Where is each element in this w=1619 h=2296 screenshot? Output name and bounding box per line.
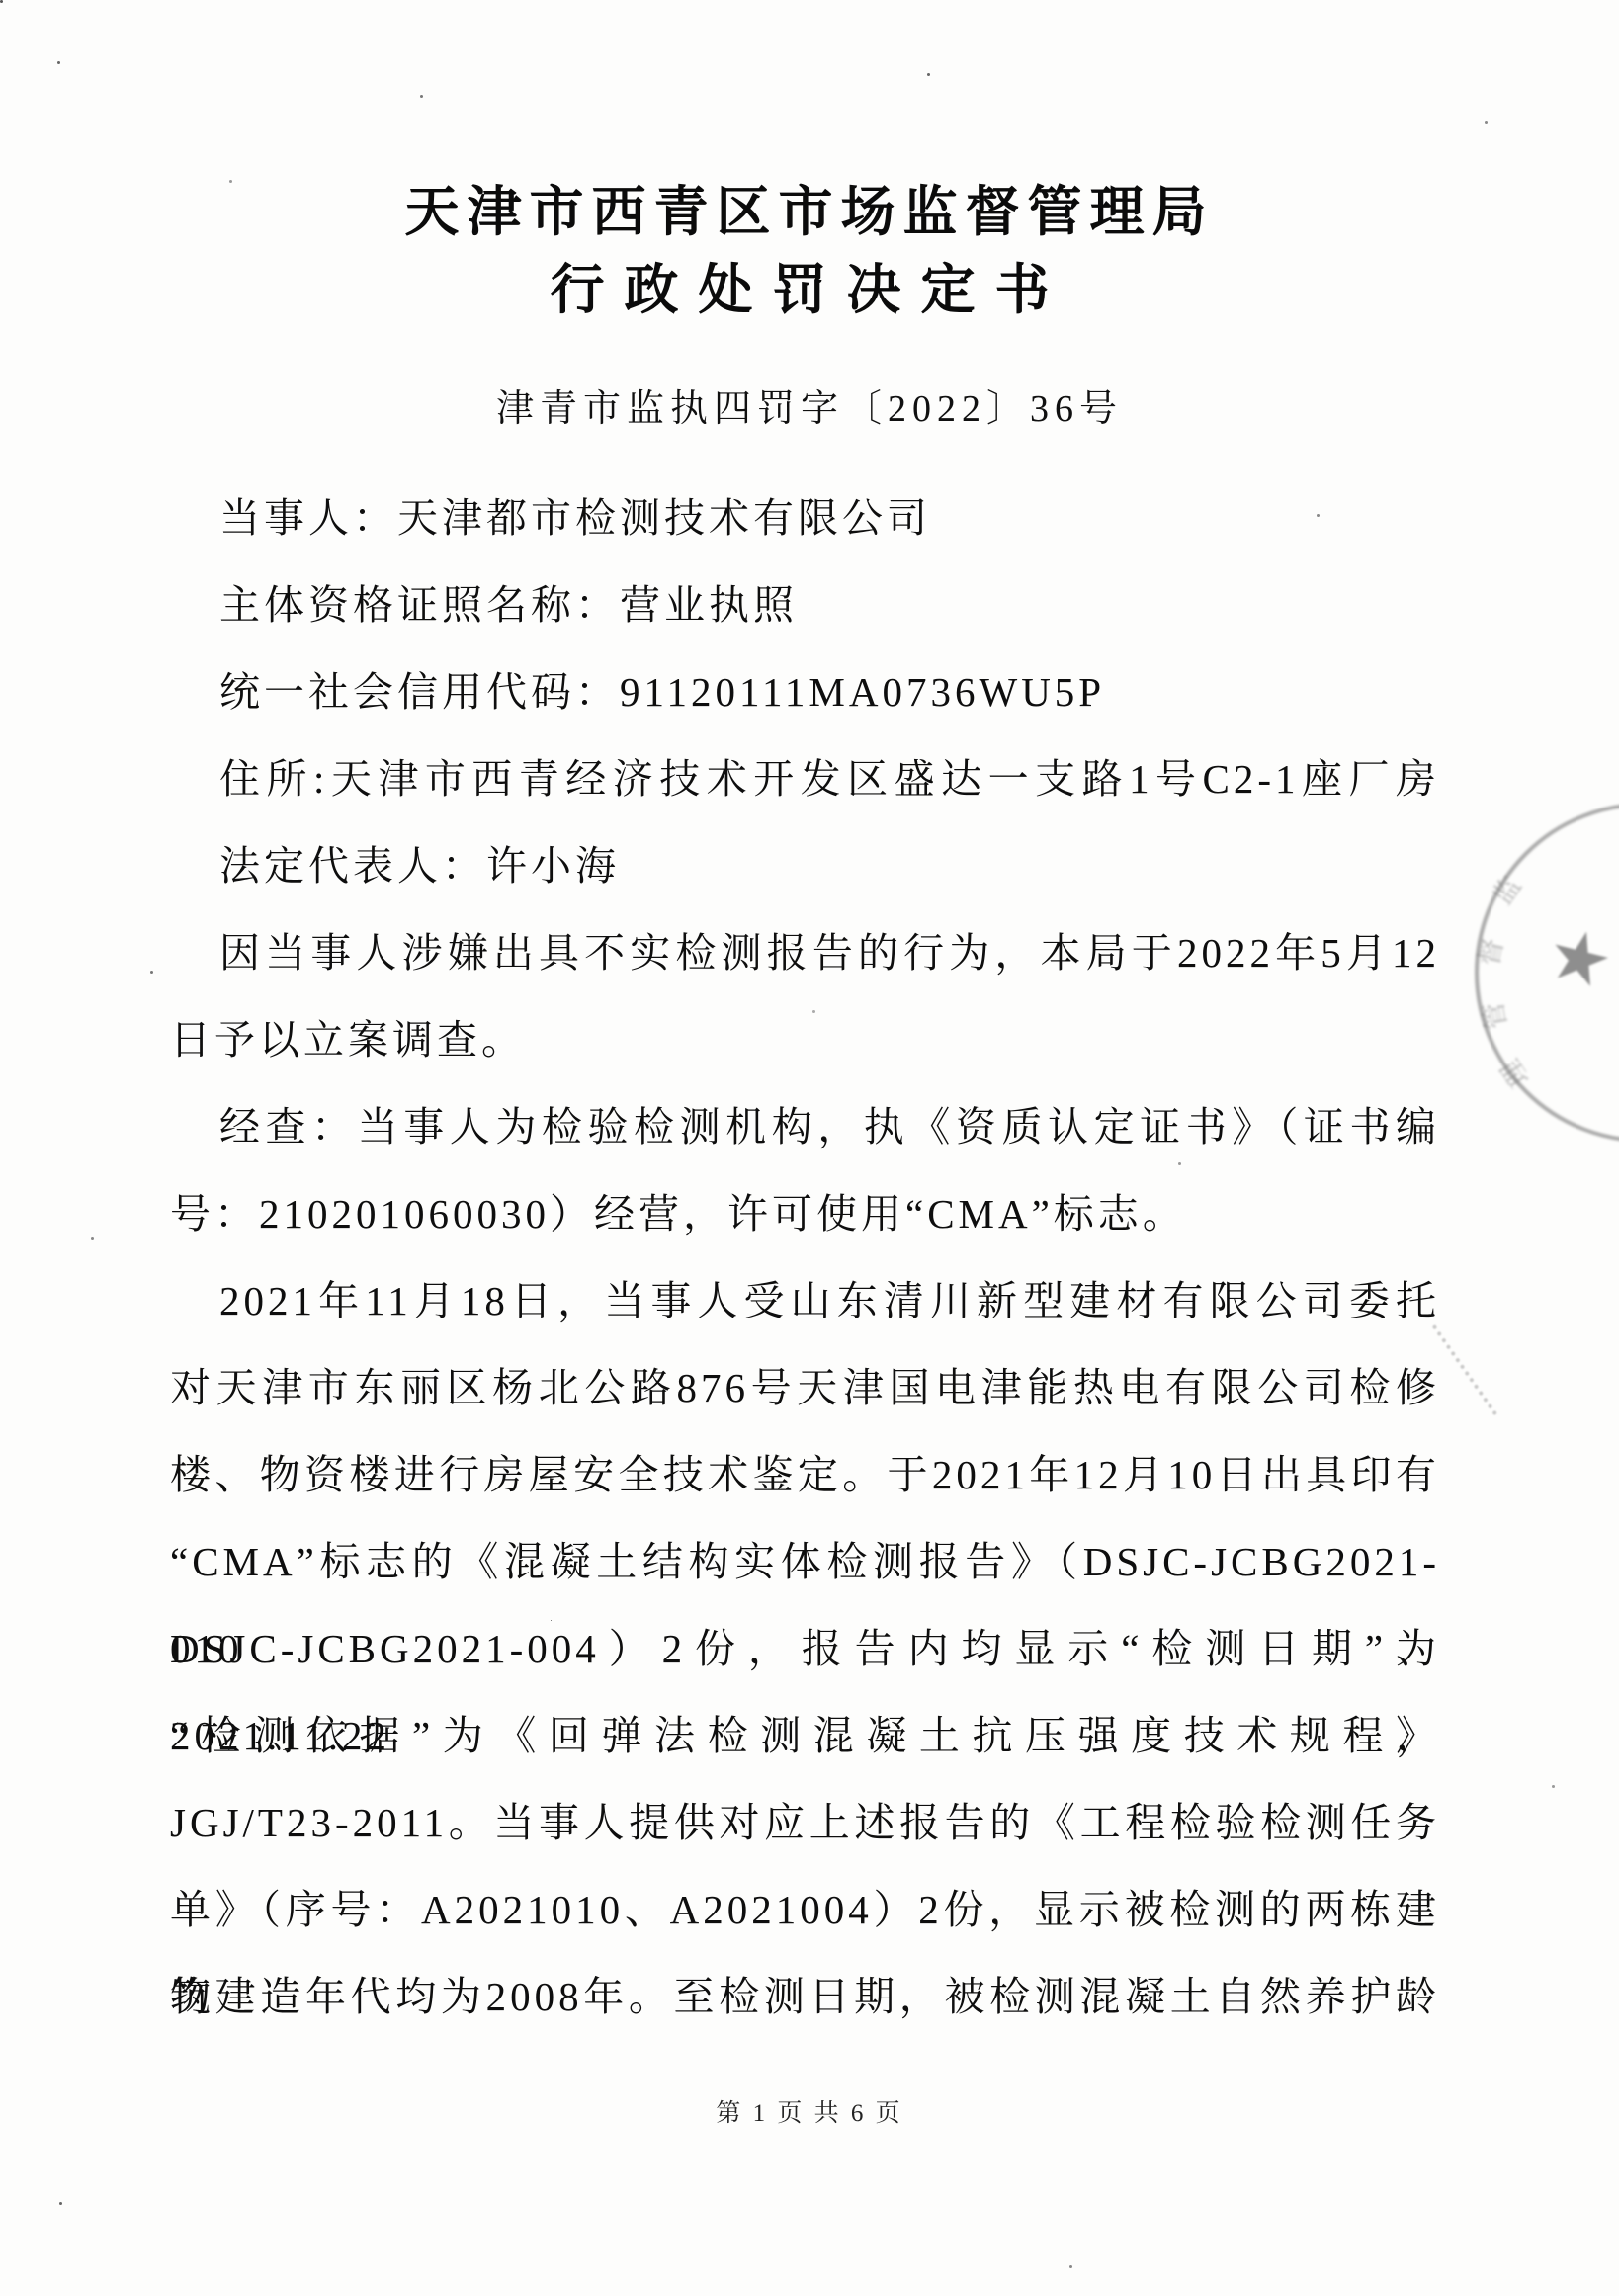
body-line: “检测依据”为《回弹法检测混凝土抗压强度技术规程》 [170,1692,1440,1779]
body-line-address: 住所:天津市西青经济技术开发区盛达一支路1号C2-1座厂房 [170,735,1440,822]
scanned-document-page: 天津市西青区市场监督管理局 行政处罚决定书 津青市监执四罚字〔2022〕36号 … [0,0,1619,2296]
document-number: 津青市监执四罚字〔2022〕36号 [0,378,1619,432]
body-line: DSJC-JCBG2021-004）2份，报告内均显示“检测日期”为2021.1… [170,1605,1440,1692]
body-line-license-name: 主体资格证照名称：营业执照 [170,561,1440,648]
body-line: 单》（序号：A2021010、A2021004）2份，显示被检测的两栋建筑 [170,1866,1440,1953]
seal-text-fragment: 管 [1481,1000,1511,1031]
document-title-line2: 行政处罚决定书 [0,246,1619,324]
seal-text-fragment: 督 [1476,936,1507,968]
body-line: 2021年11月18日，当事人受山东清川新型建材有限公司委托 [170,1257,1440,1344]
body-line: 经查：当事人为检验检测机构，执《资质认定证书》（证书编 [170,1083,1440,1170]
page-number-footer: 第 1 页 共 6 页 [0,2093,1619,2129]
body-line: 因当事人涉嫌出具不实检测报告的行为，本局于2022年5月12 [170,909,1440,996]
body-line: JGJ/T23-2011。当事人提供对应上述报告的《工程检验检测任务 [170,1779,1440,1866]
body-line: 日予以立案调查。 [170,996,1440,1083]
body-line: “CMA”标志的《混凝土结构实体检测报告》（DSJC-JCBG2021-010、 [170,1518,1440,1605]
body-line: 号：210201060030）经营，许可使用“CMA”标志。 [170,1170,1440,1257]
body-line: 楼、物资楼进行房屋安全技术鉴定。于2021年12月10日出具印有 [170,1431,1440,1518]
body-line-party: 当事人：天津都市检测技术有限公司 [170,474,1440,561]
document-body: 当事人：天津都市检测技术有限公司 主体资格证照名称：营业执照 统一社会信用代码：… [170,474,1440,2040]
seal-edge-marks [1432,1324,1497,1415]
document-title-line1: 天津市西青区市场监督管理局 [0,168,1619,246]
body-line-legal-rep: 法定代表人：许小海 [170,822,1440,909]
scan-noise [0,0,3,3]
body-line: 物建造年代均为2008年。至检测日期，被检测混凝土自然养护龄 [170,1953,1440,2040]
body-line-credit-code: 统一社会信用代码：91120111MA0736WU5P [170,648,1440,735]
body-line: 对天津市东丽区杨北公路876号天津国电津能热电有限公司检修 [170,1344,1440,1431]
